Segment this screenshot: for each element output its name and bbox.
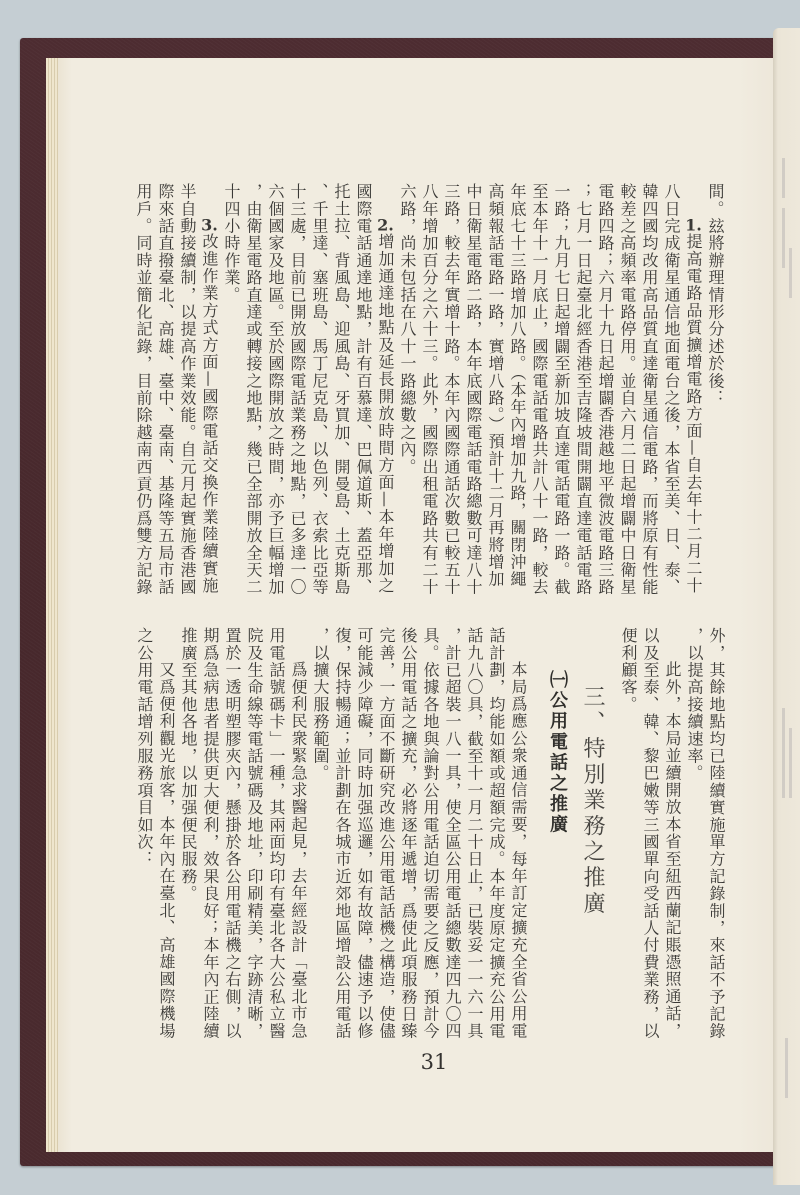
text-column: 高頻報話電路一路，實增八路。）預計十二月再將增加: [484, 183, 506, 599]
text-column: 際來話直撥臺北、高雄、臺中、臺南、基隆等五局市話: [154, 183, 176, 599]
text-column: 話計劃，均能如額或超額完成。本年度原定擴充公用電: [485, 627, 507, 1043]
bleed-through-mark: [785, 1038, 788, 1098]
text-column: 爲便利民衆緊急求醫起見，去年經設計「臺北市急: [287, 627, 309, 1043]
text-column: ，由衛星電路直達或轉接之地點，幾已全部開放全天二: [242, 183, 264, 599]
text-column: 、千里達、塞班島、馬丁尼克島、以色列、衣索比亞等: [308, 183, 330, 599]
text-column: 六個國家及地區。至於國際開放之時間，亦予巨幅增加: [264, 183, 286, 599]
bleed-through-mark: [789, 248, 792, 298]
section-heading: 三、特別業務之推廣: [575, 627, 609, 1043]
text-column: ，以擴大服務範圍。: [309, 627, 331, 1043]
text-column: 可能減少障礙，同時加强巡邏，如有故障，儘速予以修: [353, 627, 375, 1043]
text-column: 之公用電話增列服務項目如次：: [133, 627, 155, 1043]
text-column: 完善，一方面不斷研究改進公用電話話機之構造，使儘: [375, 627, 397, 1043]
bleed-through-mark: [789, 728, 792, 798]
text-column: 十三處，目前已開放國際電話業務之地點，已多達一〇: [286, 183, 308, 599]
bleed-through-mark: [782, 708, 785, 798]
bleed-through-mark: [782, 208, 785, 268]
item-title-text: 提高電路品質擴增電路方面—自去年十二月二十: [684, 233, 703, 594]
item-1-column: 1.提高電路品質擴增電路方面—自去年十二月二十: [682, 183, 704, 599]
text-column: 國際電話通達地點，計有百慕達、巴佩道斯、蓋亞那、: [352, 183, 374, 599]
item-marker: 3.: [200, 217, 219, 233]
subsection-heading: ㈠公用電話之推廣: [545, 627, 569, 1043]
item-2-column: 2.增加通達地點及延長開放時間方面—本年增加之: [374, 183, 396, 599]
page-number: 31: [416, 1050, 452, 1074]
text-column: 韓四國均改用高品質直達衛星通信電路，而將原有性能: [638, 183, 660, 599]
text-column: 具。依據各地與論對公用電話迫切需要之反應，預計今: [419, 627, 441, 1043]
text-column: 話九八〇具，截至十一月二十日止，已裝妥一一六一具: [463, 627, 485, 1043]
text-column: 用電話號碼卡」一種，其兩面均印有臺北各大公私立醫: [265, 627, 287, 1043]
adjacent-page-edge: [773, 28, 800, 1185]
text-column: 推廣至其他各地，以加强便民服務。: [177, 627, 199, 1043]
text-column: 間。玆將辦理情形分述於後：: [704, 183, 726, 599]
text-column: 八日完成衛星通信地面電台之後，本省至美、日、泰、: [660, 183, 682, 599]
text-column: ，計已超裝一八一具，使全區公用電話總數達四九〇四: [441, 627, 463, 1043]
text-column: 中日衛星電路二路，本年底國際電話電路總數可達八十: [462, 183, 484, 599]
text-column: 置於一透明塑膠夾內，懸掛於各公用電話機之右側，以: [221, 627, 243, 1043]
item-title-text: 改進作業方式方面—國際電話交換作業陸續實施: [200, 233, 219, 594]
bleed-through-mark: [782, 158, 785, 198]
item-marker: 1.: [684, 217, 703, 233]
text-column: 復，保持暢通；並計劃在各城市近郊地區增設公用電話: [331, 627, 353, 1043]
item-3-column: 3.改進作業方式方面—國際電話交換作業陸續實施: [198, 183, 220, 599]
text-column: 期爲急病患者提供更大便利，效果良好；本年內正陸續: [199, 627, 221, 1043]
text-column: 六路，尚未包括在八十一路總數之內。: [396, 183, 418, 599]
text-column: ；七月一日起臺北經香港至吉隆坡間開闢直達電話電路: [572, 183, 594, 599]
text-column: 本局爲應公衆通信需要，每年訂定擴充全省公用電: [507, 627, 529, 1043]
text-column: 以及至泰、韓、黎巴嫩等三國單向受話人付費業務，以: [639, 627, 661, 1043]
text-column: 又爲便利觀光旅客，本年內在臺北、高雄國際機場: [155, 627, 177, 1043]
text-column: 八年增加百分之六十三。此外，國際出租電路共有二十: [418, 183, 440, 599]
upper-text-block: 間。玆將辦理情形分述於後： 1.提高電路品質擴增電路方面—自去年十二月二十 八日…: [132, 183, 726, 603]
text-column: 電路四路；六月十九日起增闢香港越地平微波電路三路: [594, 183, 616, 599]
text-column: 後公用電話之擴充，必將逐年遞增，爲使此項服務日臻: [397, 627, 419, 1043]
text-column: 便利顧客。: [617, 627, 639, 1043]
text-column: 用戶。同時並簡化記錄，目前除越南西貢仍爲雙方記錄: [132, 183, 154, 599]
text-column: 外，其餘地點均已陸續實施單方記錄制，來話不予記錄: [705, 627, 727, 1043]
text-column: 較差之高頻率電路停用。並自六月二日起增闢中日衛星: [616, 183, 638, 599]
text-column: 十四小時作業。: [220, 183, 242, 599]
text-column: 托土拉、背風島、迎風島、牙買加、開曼島、土克斯島: [330, 183, 352, 599]
item-marker: 2.: [376, 217, 395, 233]
text-column: 此外，本局並續開放本省至紐西蘭記賬憑照通話，: [661, 627, 683, 1043]
text-column: 院及生命線等電話號碼及地址，印刷精美，字跡清晰，: [243, 627, 265, 1043]
text-column: ，以提高接續速率。: [683, 627, 705, 1043]
text-column: 年底七十三路增加八路。（本年內增加九路，關閉沖繩: [506, 183, 528, 599]
item-title-text: 增加通達地點及延長開放時間方面—本年增加之: [376, 233, 395, 594]
text-column: 一路；九月七日起增闢至新加坡直達電話電路一路。截: [550, 183, 572, 599]
lower-text-block: 外，其餘地點均已陸續實施單方記錄制，來話不予記錄 ，以提高接續速率。 此外，本局…: [132, 627, 727, 1047]
text-column: 三路，較去年實增十路。本年內國際通話次數已較五十: [440, 183, 462, 599]
text-column: 半自動接續制，以提高作業效能。自元月起實施香港國: [176, 183, 198, 599]
text-column: 至本年十一月底止，國際電話電路共計八十一路，較去: [528, 183, 550, 599]
